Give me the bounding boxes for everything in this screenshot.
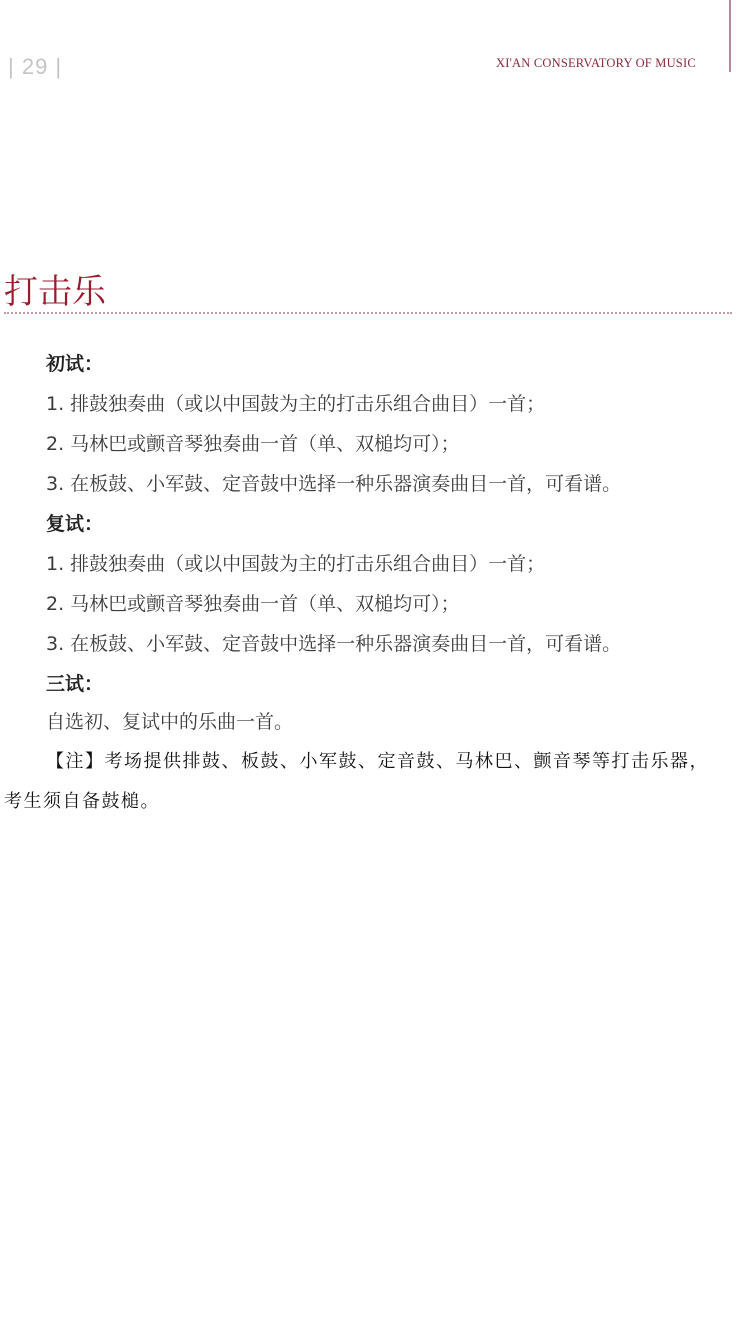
section-title: 打击乐: [4, 270, 106, 314]
round2-item-1: 1. 排鼓独奏曲（或以中国鼓为主的打击乐组合曲目）一首；: [46, 544, 545, 584]
header-organization: XI'AN CONSERVATORY OF MUSIC: [496, 56, 696, 71]
round3-item-1: 自选初、复试中的乐曲一首。: [46, 702, 293, 742]
header-vertical-rule: [729, 0, 731, 72]
page-number: | 29 |: [8, 54, 62, 80]
round1-item-3: 3. 在板鼓、小军鼓、定音鼓中选择一种乐器演奏曲目一首，可看谱。: [46, 464, 621, 504]
round2-item-2: 2. 马林巴或颤音琴独奏曲一首（单、双槌均可）；: [46, 584, 460, 624]
round2-item-3: 3. 在板鼓、小军鼓、定音鼓中选择一种乐器演奏曲目一首，可看谱。: [46, 624, 621, 664]
round1-item-2: 2. 马林巴或颤音琴独奏曲一首（单、双槌均可）；: [46, 424, 460, 464]
note-line-2: 考生须自备鼓槌。: [4, 782, 160, 822]
round1-heading: 初试：: [46, 344, 103, 384]
note-line-1: 【注】考场提供排鼓、板鼓、小军鼓、定音鼓、马林巴、颤音琴等打击乐器，: [46, 742, 709, 782]
title-dotted-divider: [4, 312, 732, 314]
round2-heading: 复试：: [46, 504, 103, 544]
round3-heading: 三试：: [46, 664, 103, 704]
round1-item-1: 1. 排鼓独奏曲（或以中国鼓为主的打击乐组合曲目）一首；: [46, 384, 545, 424]
